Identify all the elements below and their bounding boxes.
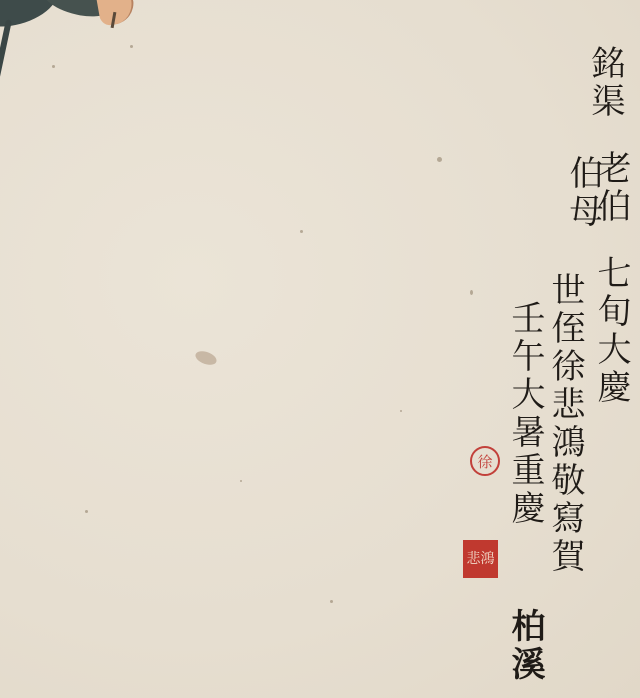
paper-speck xyxy=(400,410,402,412)
inscription-column-1: 銘渠 xyxy=(588,45,622,121)
inscription-signature: 柏溪 xyxy=(508,608,542,684)
paper-stain xyxy=(194,349,219,368)
painting-canvas: 銘渠 老伯 伯母 七旬大慶 世侄徐悲鴻敬寫賀 壬午大暑重慶 柏溪 徐 悲鴻 xyxy=(0,0,640,698)
inscription-column-2b: 七旬大慶 xyxy=(594,255,628,407)
paper-speck xyxy=(240,480,242,482)
inscription-column-3: 伯母 xyxy=(566,155,600,231)
paper-speck xyxy=(470,290,473,295)
inscription-column-4: 世侄徐悲鴻敬寫賀 xyxy=(548,272,582,576)
round-seal: 徐 xyxy=(470,446,500,476)
paper-speck xyxy=(437,157,442,162)
paper-speck xyxy=(52,65,55,68)
paper-speck xyxy=(300,230,303,233)
paper-speck xyxy=(85,510,88,513)
square-seal: 悲鴻 xyxy=(463,540,498,578)
ink-stem xyxy=(0,19,12,79)
inscription-column-5: 壬午大暑重慶 xyxy=(508,300,542,528)
paper-speck xyxy=(130,45,133,48)
paper-speck xyxy=(330,600,333,603)
